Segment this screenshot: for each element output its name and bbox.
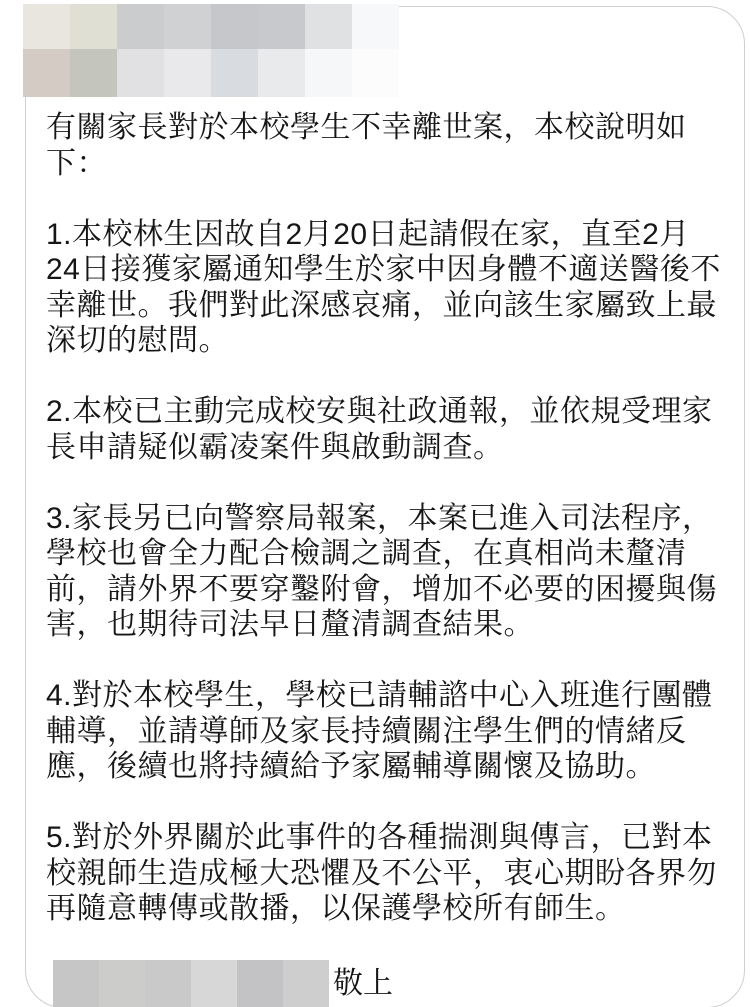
mosaic-block [258,4,305,49]
text-line: 校親師生造成極大恐懼及不公平，衷心期盼各界勿 [46,856,721,892]
text-line: 5.對於外界關於此事件的各種揣測與傳言，已對本 [46,820,721,856]
statement-body: 有關家長對於本校學生不幸離世案，本校說明如下： 1.本校林生因故自2月20日起請… [46,110,721,927]
mosaic-block [352,49,399,97]
paragraph-item-2: 2.本校已主動完成校安與社政通報，並依規受理家長申請疑似霸凌案件與啟動調查。 [46,394,721,465]
mosaic-block [145,960,191,1007]
mosaic-block [237,960,283,1007]
text-line: 再隨意轉傳或散播，以保護學校所有師生。 [46,891,721,927]
mosaic-block [211,4,258,49]
mosaic-block [305,4,352,49]
text-line: 害，也期待司法早日釐清調查結果。 [46,607,721,643]
text-line: 3.家長另已向警察局報案，本案已進入司法程序， [46,501,721,537]
mosaic-block [23,4,70,49]
text-line: 4.對於本校學生，學校已請輔諮中心入班進行團體 [46,678,721,714]
mosaic-block [23,49,70,97]
mosaic-block [117,49,164,97]
redacted-header-row-1 [23,4,399,49]
text-line: 前，請外界不要穿鑿附會，增加不必要的困擾與傷 [46,572,721,608]
text-line: 2.本校已主動完成校安與社政通報，並依規受理家 [46,394,721,430]
paragraph-item-4: 4.對於本校學生，學校已請輔諮中心入班進行團體輔導，並請導師及家長持續關注學生們… [46,678,721,785]
text-line: 有關家長對於本校學生不幸離世案，本校說明如 [46,110,721,146]
mosaic-block [258,49,305,97]
mosaic-block [211,49,258,97]
text-line: 下： [46,146,721,182]
text-line: 1.本校林生因故自2月20日起請假在家，直至2月 [46,217,721,253]
text-line: 長申請疑似霸凌案件與啟動調查。 [46,430,721,466]
redacted-header-row-2 [23,49,399,97]
redacted-signature-mosaic [53,960,329,1007]
paragraph-item-3: 3.家長另已向警察局報案，本案已進入司法程序，學校也會全力配合檢調之調查，在真相… [46,501,721,643]
mosaic-block [70,49,117,97]
mosaic-block [164,49,211,97]
screenshot-page: 有關家長對於本校學生不幸離世案，本校說明如下： 1.本校林生因故自2月20日起請… [0,0,750,1007]
paragraph-intro: 有關家長對於本校學生不幸離世案，本校說明如下： [46,110,721,181]
mosaic-block [283,960,329,1007]
mosaic-block [191,960,237,1007]
paragraph-item-5: 5.對於外界關於此事件的各種揣測與傳言，已對本校親師生造成極大恐懼及不公平，衷心… [46,820,721,927]
mosaic-block [117,4,164,49]
mosaic-block [305,49,352,97]
text-line: 學校也會全力配合檢調之調查，在真相尚未釐清 [46,536,721,572]
redacted-header-mosaic [23,4,399,97]
signature-suffix: 敬上 [333,960,393,1007]
mosaic-block [99,960,145,1007]
signature-row: 敬上 [53,960,393,1007]
text-line: 應，後續也將持續給予家屬輔導關懷及協助。 [46,749,721,785]
mosaic-block [164,4,211,49]
mosaic-block [70,4,117,49]
mosaic-block [352,4,399,49]
text-line: 幸離世。我們對此深感哀痛，並向該生家屬致上最 [46,288,721,324]
text-line: 輔導，並請導師及家長持續關注學生們的情緒反 [46,714,721,750]
mosaic-block [53,960,99,1007]
text-line: 深切的慰問。 [46,323,721,359]
paragraph-item-1: 1.本校林生因故自2月20日起請假在家，直至2月24日接獲家屬通知學生於家中因身… [46,217,721,359]
text-line: 24日接獲家屬通知學生於家中因身體不適送醫後不 [46,252,721,288]
